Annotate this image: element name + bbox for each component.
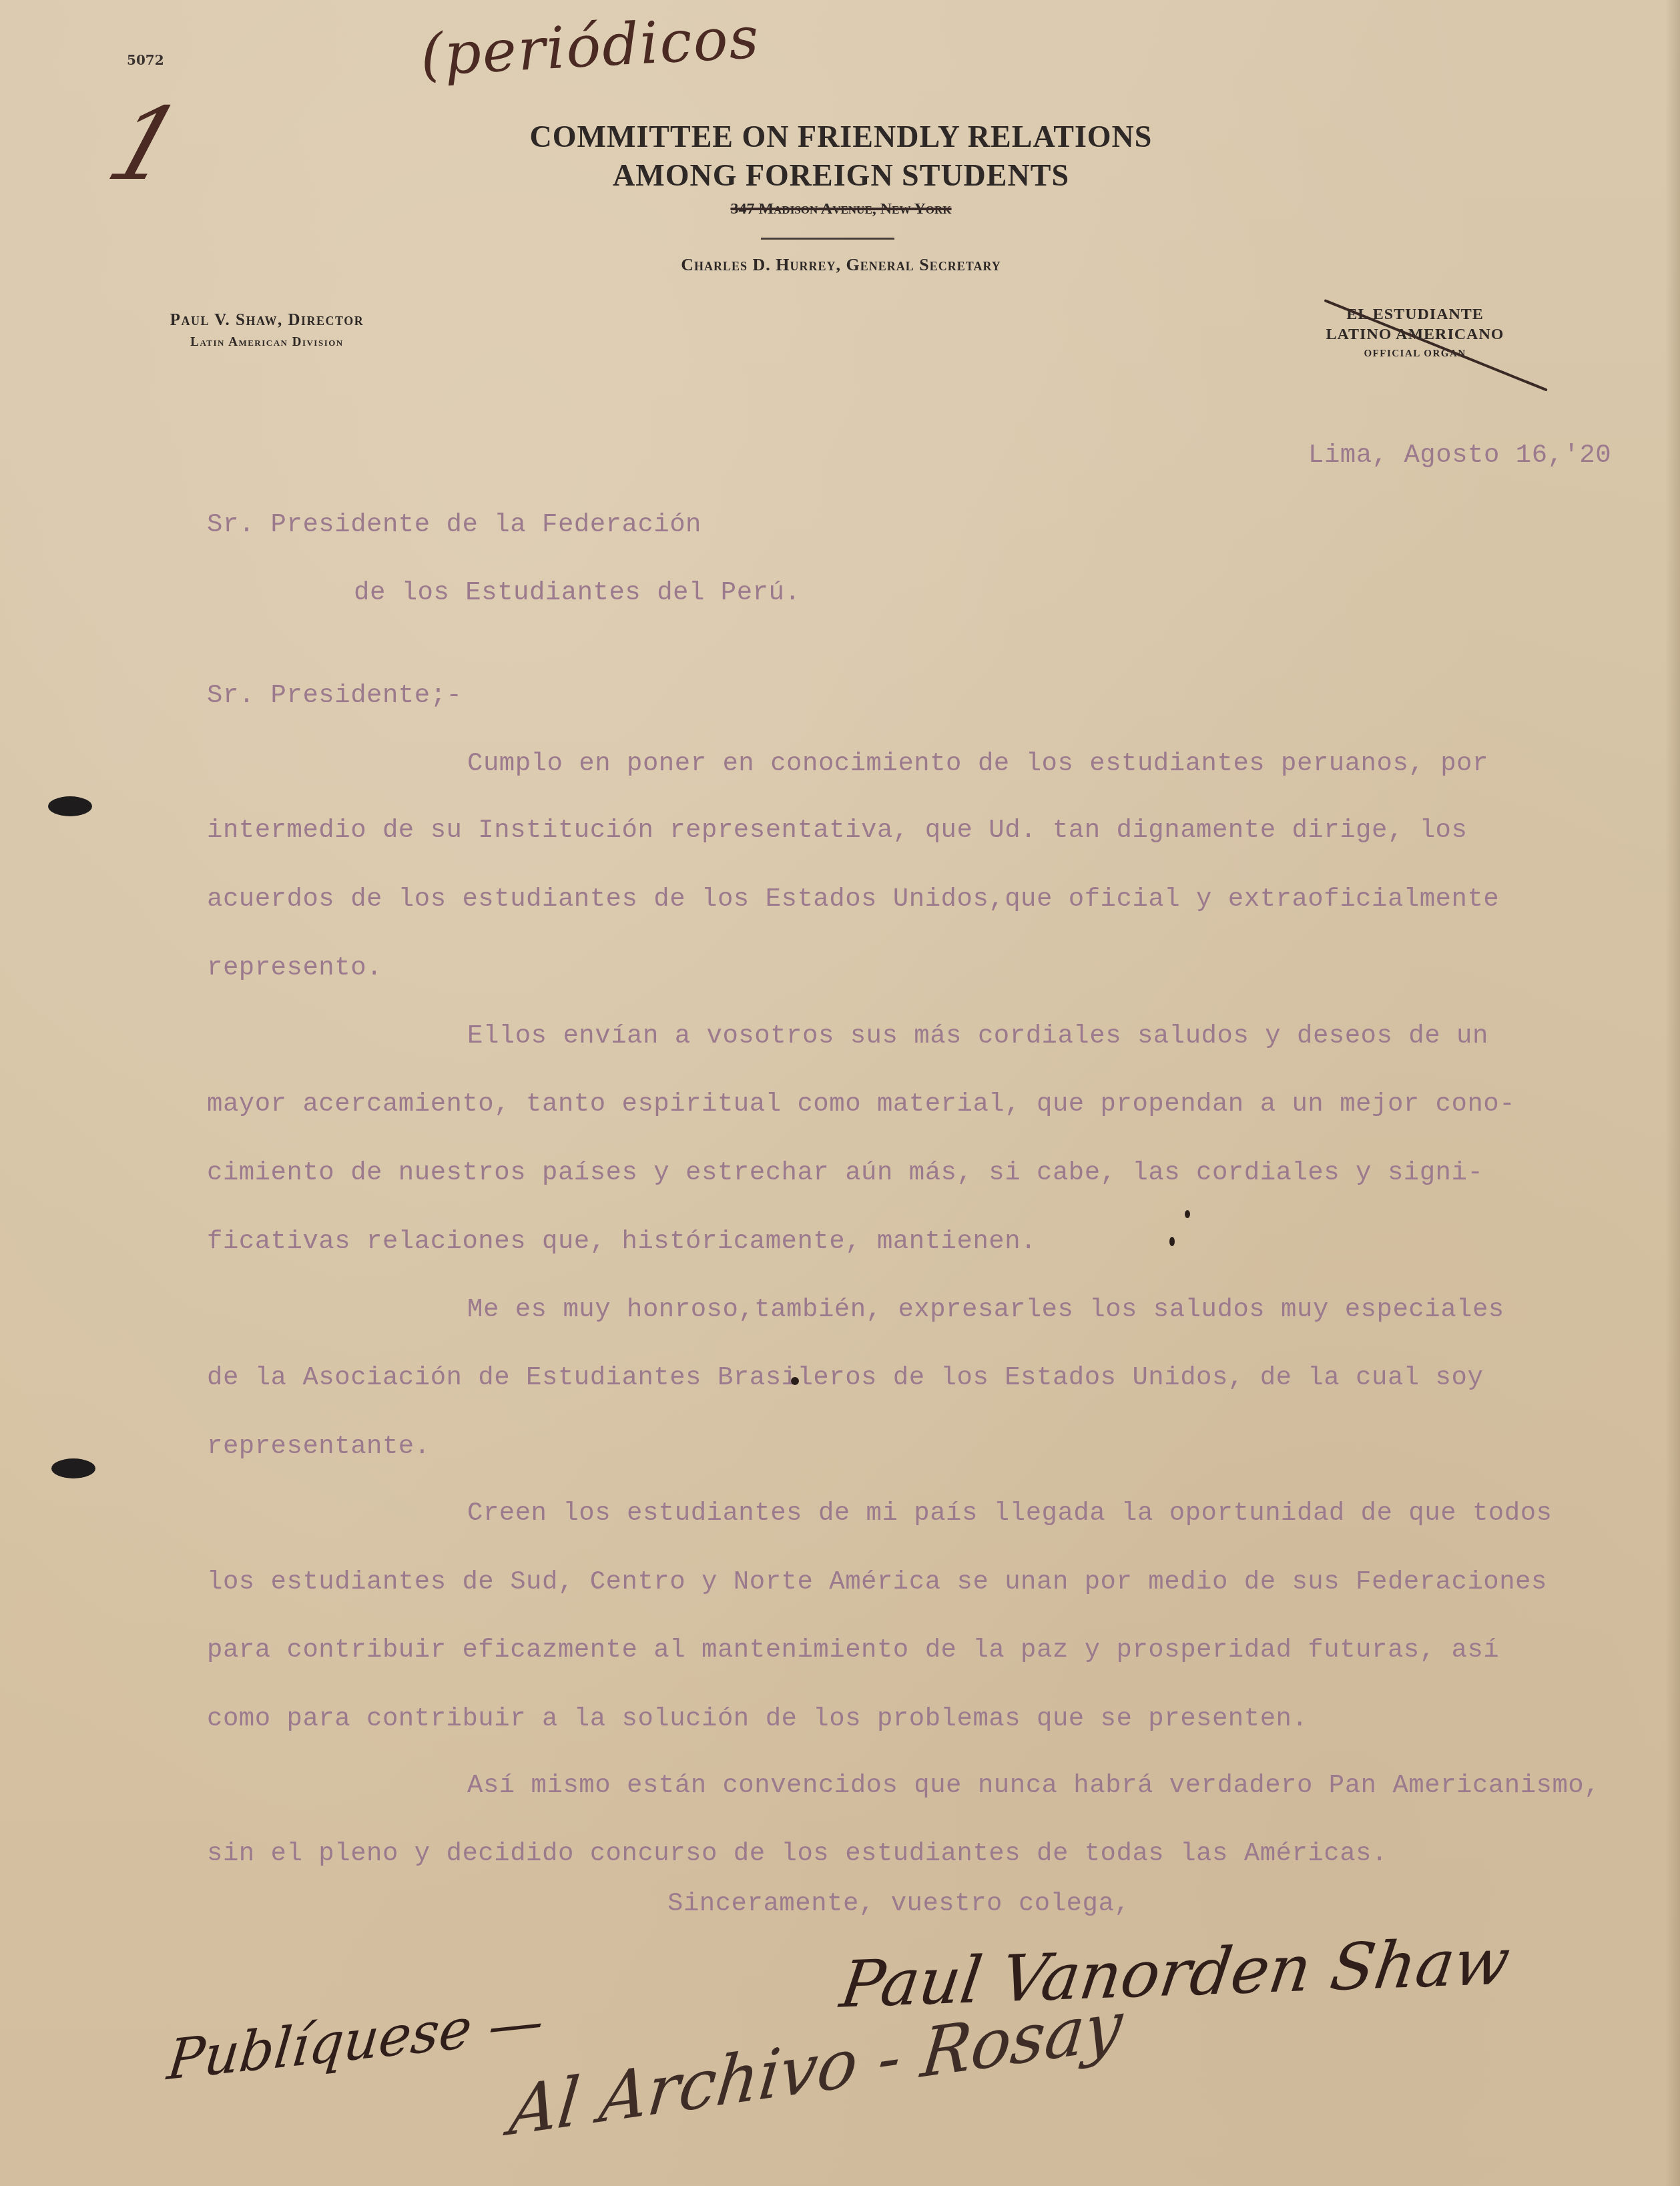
paragraph-5-line-1: Así mismo están convencidos que nunca ha… xyxy=(467,1771,1600,1800)
ink-speck xyxy=(1185,1210,1190,1218)
official-organ-line2: LATINO AMERICANO xyxy=(1282,326,1549,344)
letterhead-general-secretary: Charles D. Hurrey, General Secretary xyxy=(374,255,1308,275)
paragraph-2-line-3: cimiento de nuestros países y estrechar … xyxy=(207,1158,1483,1187)
ink-speck xyxy=(1169,1237,1175,1246)
handwritten-note-archivo: Al Archivo - Rosay xyxy=(506,1985,1126,2151)
handwritten-note-publiquese: Publíquese — xyxy=(164,1989,546,2093)
paragraph-2-line-2: mayor acercamiento, tanto espiritual com… xyxy=(207,1089,1515,1119)
paragraph-1-line-1: Cumplo en poner en conocimiento de los e… xyxy=(467,749,1488,778)
paragraph-4-line-2: los estudiantes de Sud, Centro y Norte A… xyxy=(207,1567,1547,1597)
paragraph-3-line-2: de la Asociación de Estudiantes Brasiler… xyxy=(207,1363,1483,1392)
signature-paul-vanorden-shaw: Paul Vanorden Shaw xyxy=(836,1924,1514,2022)
paragraph-4-line-4: como para contribuir a la solución de lo… xyxy=(207,1704,1308,1733)
paragraph-3-line-1: Me es muy honroso,también, expresarles l… xyxy=(467,1295,1504,1324)
salutation: Sr. Presidente;- xyxy=(207,681,462,710)
letterhead-division: Latin American Division xyxy=(113,335,421,350)
paragraph-5-line-2: sin el pleno y decidido concurso de los … xyxy=(207,1839,1388,1868)
paragraph-1-line-3: acuerdos de los estudiantes de los Estad… xyxy=(207,884,1499,914)
official-organ-line3: OFFICIAL ORGAN xyxy=(1282,348,1549,360)
paragraph-1-line-2: intermedio de su Institución representat… xyxy=(207,816,1467,845)
handwritten-page-number: 1 xyxy=(95,87,196,203)
recipient-line2: de los Estudiantes del Perú. xyxy=(354,578,800,607)
handwritten-note-periodicos: (periódicos xyxy=(419,5,762,89)
closing: Sinceramente, vuestro colega, xyxy=(667,1889,1130,1918)
letterhead-title-line1: COMMITTEE ON FRIENDLY RELATIONS xyxy=(374,119,1308,154)
paragraph-4-line-1: Creen los estudiantes de mi país llegada… xyxy=(467,1498,1552,1528)
letterhead-address-struck: 347 Madison Avenue, New York xyxy=(374,200,1308,218)
paragraph-4-line-3: para contribuir eficazmente al mantenimi… xyxy=(207,1635,1499,1665)
paragraph-3-line-3: representante. xyxy=(207,1432,431,1461)
letter-date: Lima, Agosto 16,'20 xyxy=(1308,441,1611,470)
page-edge-shadow xyxy=(1665,0,1680,2186)
paragraph-1-line-4: represento. xyxy=(207,953,382,983)
punch-hole-top xyxy=(48,796,92,816)
official-organ-line1: EL ESTUDIANTE xyxy=(1282,306,1549,324)
recipient-line1: Sr. Presidente de la Federación xyxy=(207,510,702,539)
punch-hole-bottom xyxy=(51,1458,95,1478)
ink-speck xyxy=(791,1377,799,1385)
paragraph-2-line-4: ficativas relaciones que, históricamente… xyxy=(207,1227,1037,1256)
letterhead-title-line2: AMONG FOREIGN STUDENTS xyxy=(374,158,1308,193)
address-text: 347 Madison Avenue, New York xyxy=(730,200,951,218)
letterhead-director: Paul V. Shaw, Director xyxy=(113,311,421,330)
letterhead-divider xyxy=(761,238,894,240)
paragraph-2-line-1: Ellos envían a vosotros sus más cordiale… xyxy=(467,1021,1488,1051)
archive-number: 5072 xyxy=(127,52,164,68)
letter-page: 5072 (periódicos 1 COMMITTEE ON FRIENDLY… xyxy=(0,0,1680,2186)
